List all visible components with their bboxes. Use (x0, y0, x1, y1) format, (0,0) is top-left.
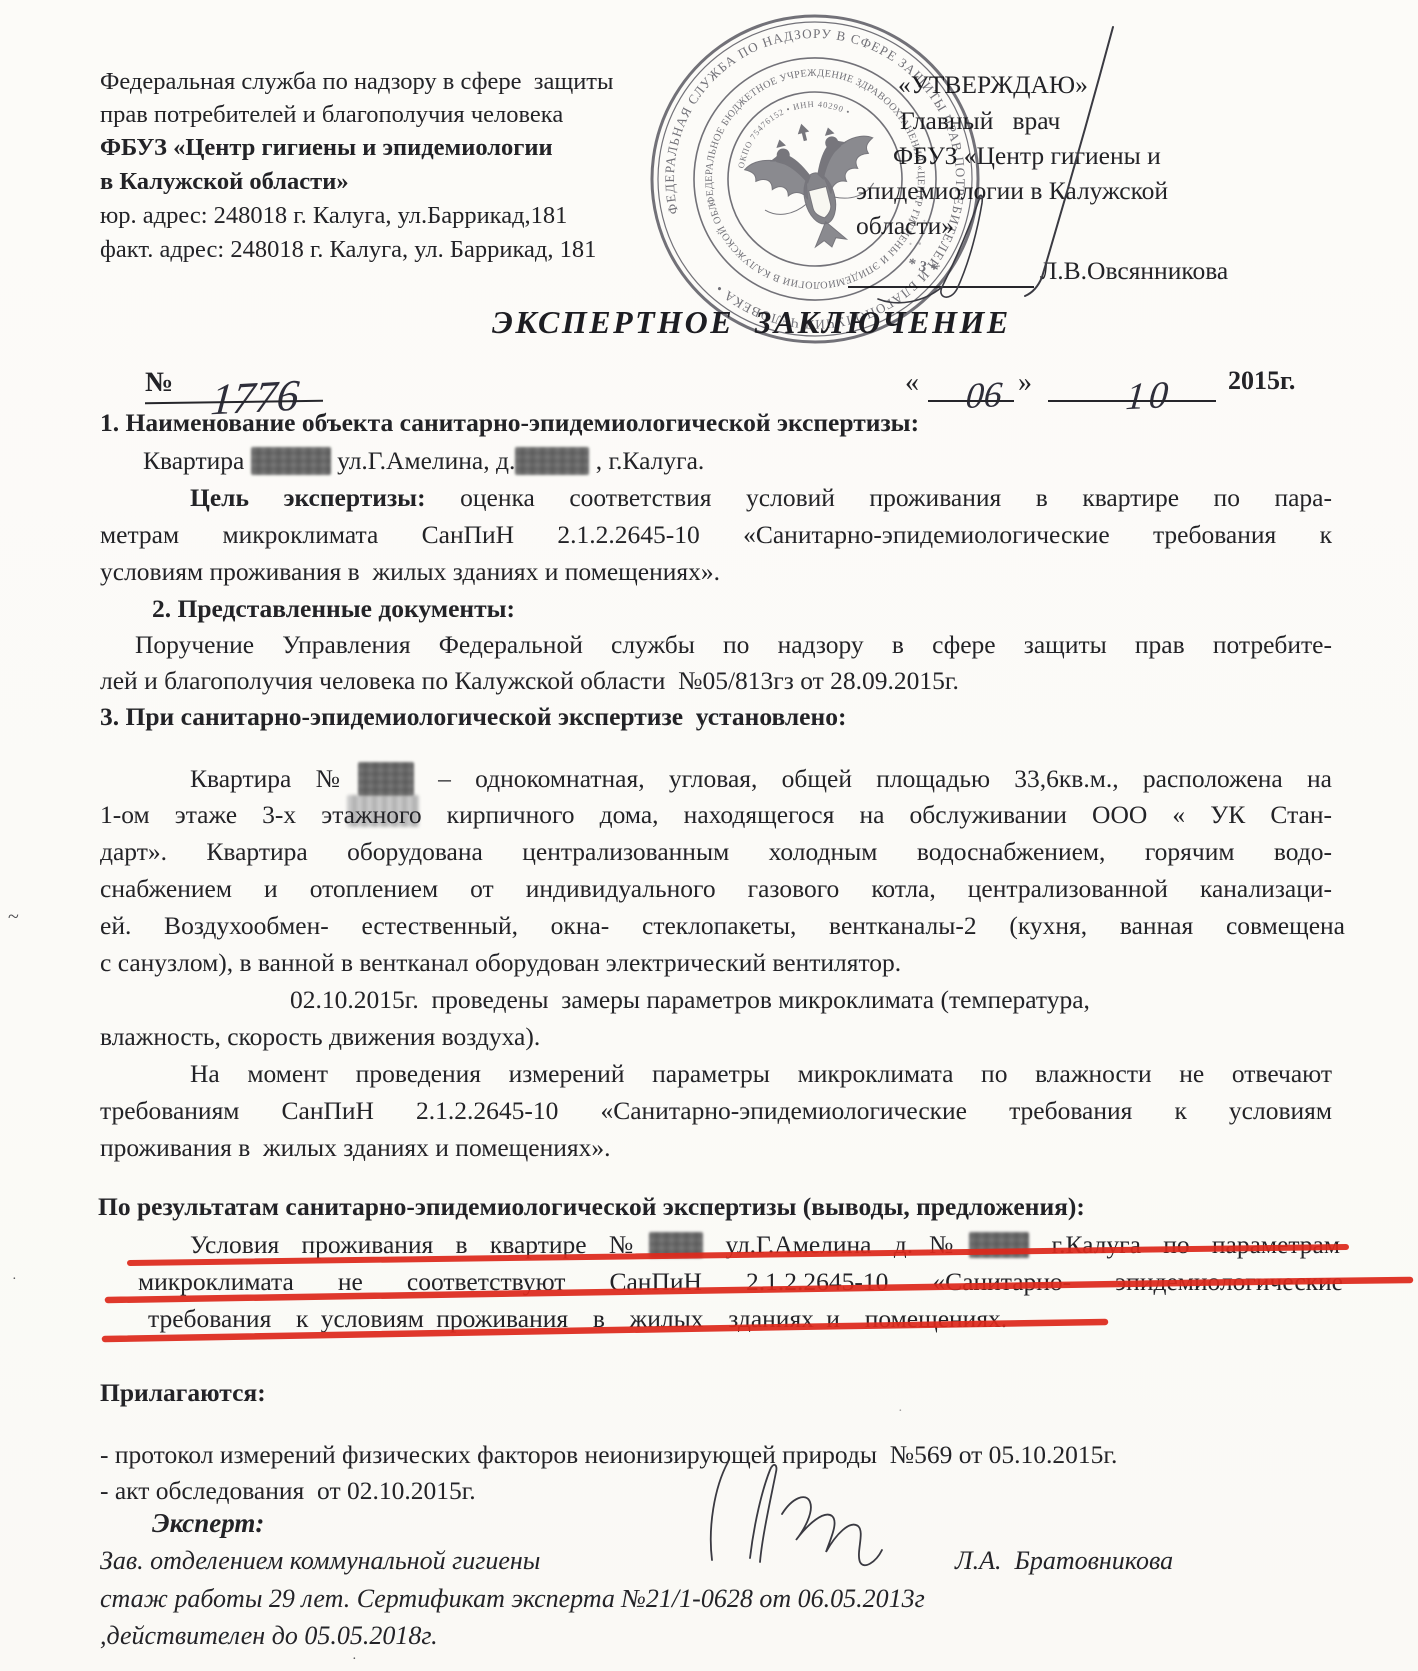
body-line: На момент проведения измерений параметры… (190, 1059, 1332, 1089)
expert-experience-line: стаж работы 29 лет. Сертификат эксперта … (100, 1584, 925, 1615)
documents-line-2: лей и благополучия человека по Калужской… (100, 666, 959, 696)
red-underline-marks (0, 1230, 1418, 1360)
body-line: дарт». Квартира оборудована централизова… (100, 837, 1332, 867)
doc-number-label: № (145, 366, 173, 399)
purpose-line-1: Цель экспертизы: оценка соответствия усл… (190, 483, 1332, 513)
date-day-underline (928, 400, 1014, 402)
conclusion-heading: По результатам санитарно-эпидемиологичес… (98, 1192, 1085, 1222)
body-line: требованиям СанПиН 2.1.2.2645-10 «Санита… (100, 1096, 1332, 1126)
documents-line-1: Поручение Управления Федеральной службы … (135, 630, 1332, 660)
section-3-heading: 3. При санитарно-эпидемиологической эксп… (100, 702, 846, 732)
expert-signature-stroke (690, 1440, 910, 1580)
body-line: влажность, скорость движения воздуха). (100, 1022, 540, 1052)
date-year: 2015г. (1228, 366, 1295, 397)
approval-signature-stroke (820, 15, 1150, 315)
date-day-handwritten: 06 (964, 373, 1004, 418)
date-close-quote: » (1018, 366, 1032, 399)
expert-name: Л.А. Братовникова (955, 1546, 1173, 1577)
attachment-item: - акт обследования от 02.10.2015г. (100, 1476, 476, 1506)
letterhead-org-name: в Калужской области» (100, 168, 349, 197)
expert-heading: Эксперт: (152, 1508, 264, 1540)
purpose-line-2: метрам микроклимата СанПиН 2.1.2.2645-10… (100, 520, 1332, 550)
redaction-blur (515, 447, 589, 475)
date-month-underline (1048, 400, 1216, 402)
body-line: проживания в жилых зданиях и помещениях»… (100, 1133, 611, 1163)
letterhead-actual-address: факт. адрес: 248018 г. Калуга, ул. Барри… (100, 236, 596, 265)
date-open-quote: « (905, 366, 919, 399)
body-line: ей. Воздухообмен- естественный, окна- ст… (100, 911, 1345, 941)
body-line: 1-ом этаже 3-х этажного кирпичного дома,… (100, 800, 1332, 830)
section-2-heading: 2. Представленные документы: (152, 594, 515, 624)
redaction-blur (358, 762, 414, 796)
expert-validity-line: ,действителен до 05.05.2018г. (100, 1621, 438, 1652)
redaction-blur (251, 447, 331, 475)
attachment-item: - протокол измерений физических факторов… (100, 1440, 1117, 1470)
letterhead-line: Федеральная служба по надзору в сфере за… (100, 68, 613, 97)
body-line: Квартира № – однокомнатная, угловая, общ… (190, 762, 1332, 796)
scan-artifact-dot: · (898, 1404, 903, 1420)
expert-position: Зав. отделением коммунальной гигиены (100, 1546, 540, 1577)
body-line: снабжением и отоплением от индивидуально… (100, 874, 1332, 904)
date-month-handwritten: 10 (1124, 373, 1174, 421)
body-line: 02.10.2015г. проведены замеры параметров… (290, 985, 1090, 1015)
document-title: ЭКСПЕРТНОЕ ЗАКЛЮЧЕНИЕ (492, 304, 1011, 342)
letterhead-line: прав потребителей и благополучия человек… (100, 101, 563, 130)
body-line: с санузлом), в ванной в вентканал оборуд… (100, 948, 901, 978)
scan-artifact-mark: ~ (8, 906, 19, 929)
document-page: Федеральная служба по надзору в сфере за… (0, 0, 1418, 1671)
apartment-address-line: Квартира ул.Г.Амелина, д. , г.Калуга. (143, 446, 704, 476)
section-1-heading: 1. Наименование объекта санитарно-эпидем… (100, 408, 919, 438)
scan-artifact-dot: · (352, 1652, 357, 1668)
purpose-line-3: условиям проживания в жилых зданиях и по… (100, 557, 720, 587)
letterhead-org-name: ФБУЗ «Центр гигиены и эпидемиологии (100, 134, 553, 163)
attachments-heading: Прилагаются: (100, 1378, 266, 1408)
scan-artifact-dot: · (12, 1272, 17, 1288)
letterhead-legal-address: юр. адрес: 248018 г. Калуга, ул.Баррикад… (100, 202, 567, 231)
